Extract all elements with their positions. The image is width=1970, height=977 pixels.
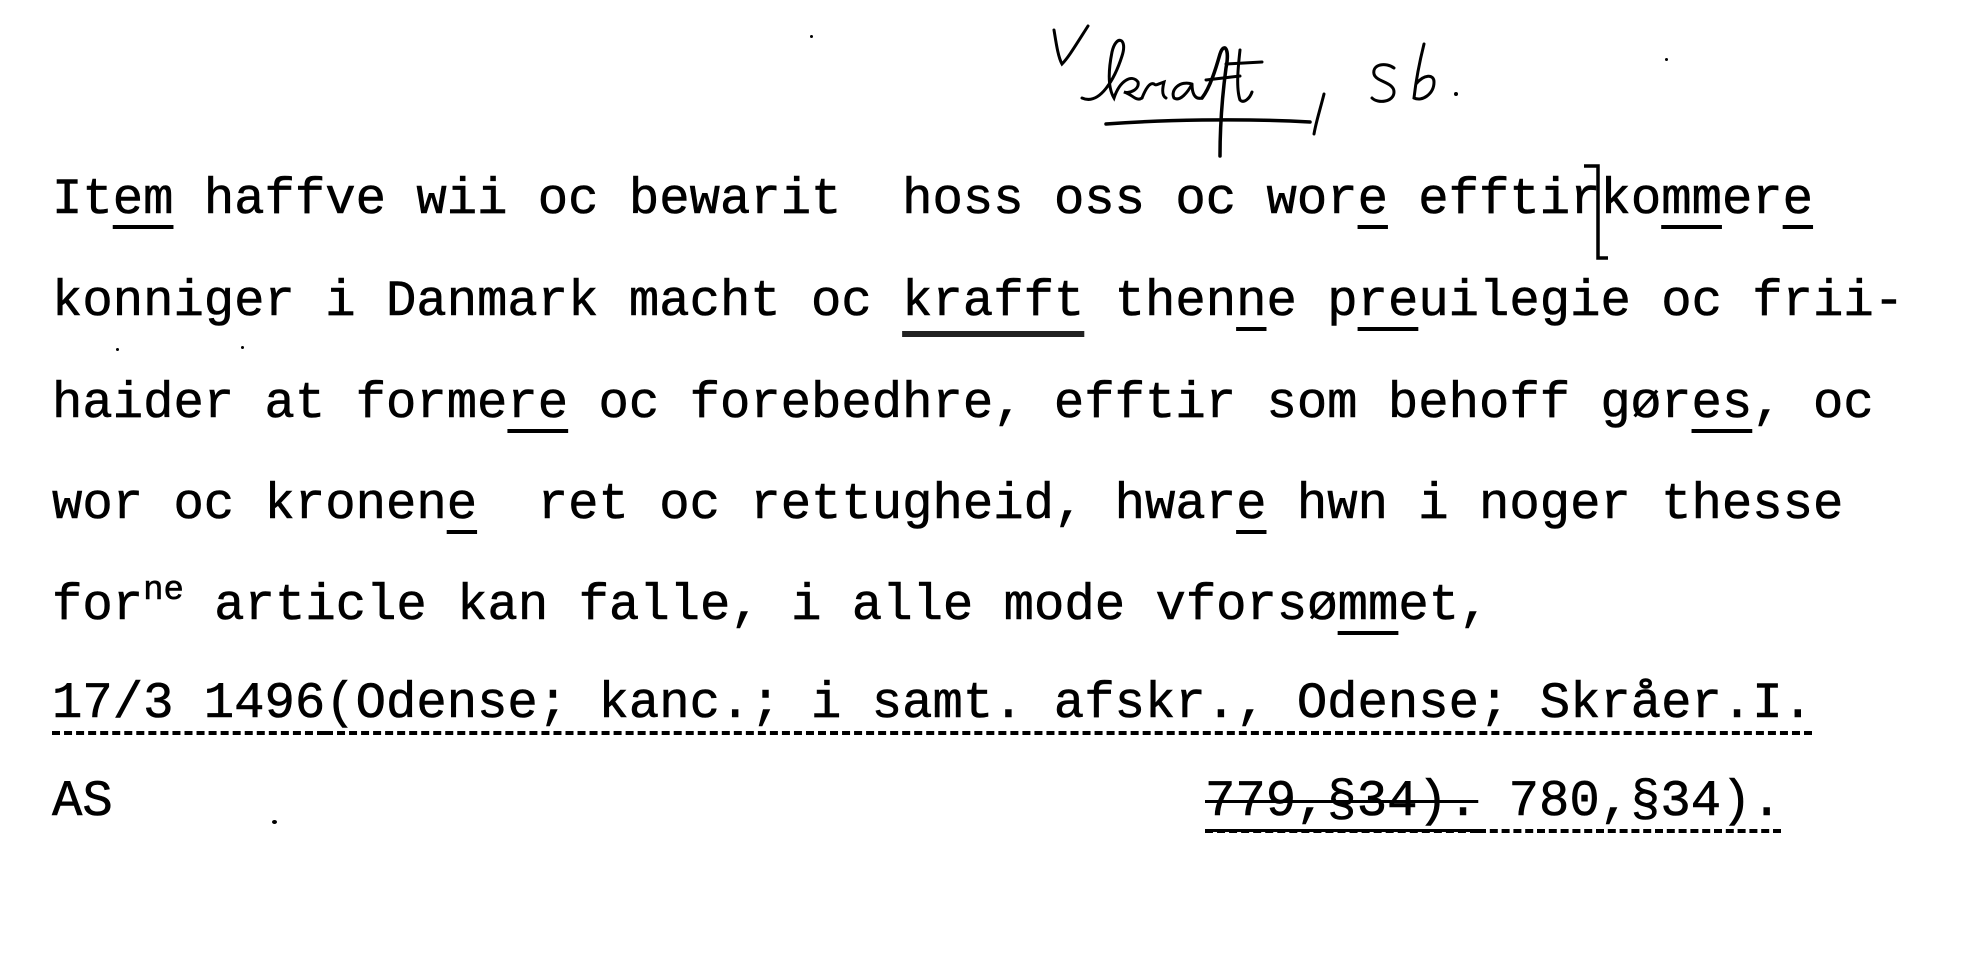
text-line-4: wor oc kronene ret oc rettugheid, hware … [52, 481, 1843, 532]
ink-dot [241, 346, 244, 349]
ink-dot [1454, 92, 1458, 96]
siglum: AS [52, 778, 113, 829]
ink-dot [272, 820, 277, 824]
citation-line: 17/3 1496(Odense; kanc.; i samt. afskr.,… [52, 680, 1813, 731]
text-line-2: konniger i Danmark macht oc krafft thenn… [52, 278, 1904, 329]
text-line-5: forne article kan falle, i alle mode vfo… [52, 582, 1489, 633]
page-reference: 779,§34). 780,§34). [1205, 778, 1782, 829]
ink-dot [116, 348, 119, 351]
handwritten-part-of-speech [1368, 40, 1448, 115]
struck-reference: 779,§34). [1205, 774, 1478, 831]
text-line-1: Item haffve wii oc bewarit hoss oss oc w… [52, 176, 1813, 227]
ink-dot [1665, 58, 1668, 61]
citation-date: 17/3 1496 [52, 676, 325, 733]
ink-dot [810, 35, 813, 38]
citation-source: (Odense; kanc.; i samt. afskr., Odense; … [325, 676, 1813, 733]
text-line-3: haider at formere oc forebedhre, efftir … [52, 380, 1874, 431]
marked-headword: krafft [902, 274, 1084, 331]
handwritten-headword [1080, 28, 1340, 183]
reference: 780,§34). [1478, 774, 1782, 831]
handwritten-comma [1310, 90, 1330, 145]
